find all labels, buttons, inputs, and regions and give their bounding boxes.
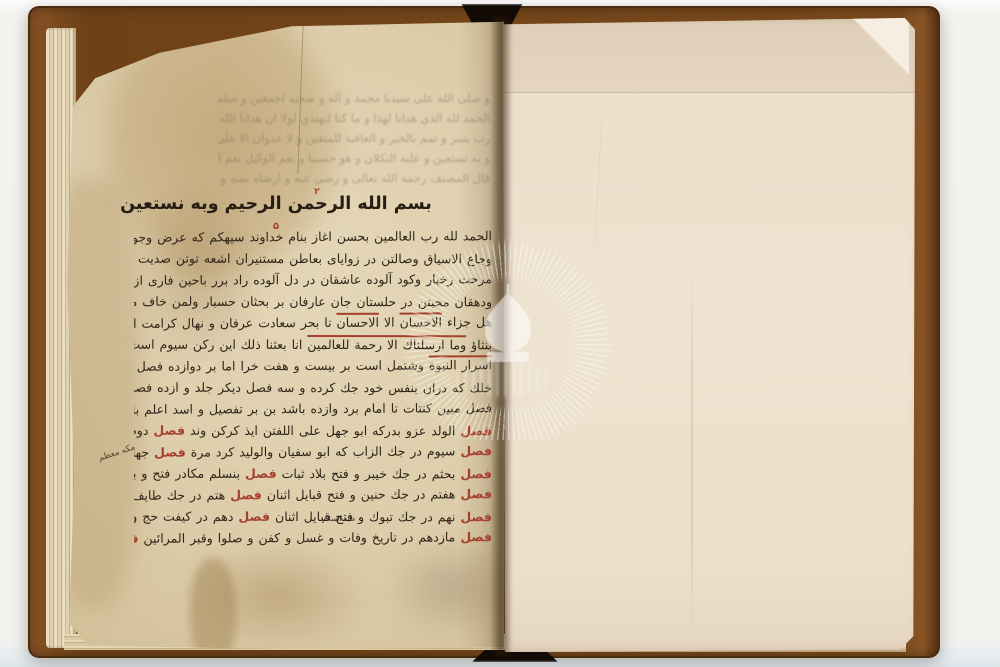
corner-fold-highlight	[837, 18, 909, 76]
text-segment: هفتم در جك حنين و فتح قبايل اثنان	[262, 486, 461, 502]
text-segment: جهارم در جك وبطه و فتح قبايل ايثات	[134, 445, 154, 461]
fasl-rubric: فصل	[460, 466, 492, 481]
text-line: هل جزاء الاحسان الا الاحسان تا بحر سعادت…	[134, 311, 492, 334]
text-segment: وشتمل است بر بيست و هفت خرا اما بر دوازد…	[134, 357, 429, 374]
text-line: خلك كه دران بنفس خود جك كرده و سه فصل دي…	[134, 376, 492, 398]
fasl-rubric: فصل	[245, 465, 277, 480]
text-line: وجاع الاسياق وصالتن در زواياى بعاطن مستن…	[134, 247, 492, 269]
text-segment: انا بعثنا ذلك اين ركن سيوم است از كتاب	[134, 336, 307, 351]
text-segment: الا	[379, 315, 400, 330]
text-segment: الولد عزو بدركه ابو جهل على اللفتن ايذ ك…	[185, 422, 460, 437]
text-line: بنثاؤ وما ارسلناك الا رحمة للعالمين انا …	[134, 333, 492, 355]
book-cover: و صلى الله على سيدنا محمد و آله و صحبه ا…	[28, 6, 940, 658]
text-line: فصل هفتم در جك حنين و فتح قبايل اثنان فص…	[134, 483, 492, 506]
text-segment: هل جزاء	[442, 314, 492, 329]
text-segment: بنثاؤ	[466, 337, 492, 352]
text-segment: الحمد لله رب العالمين بحسن اغاز بنام خدا…	[134, 228, 492, 246]
ghost-line: رب يسر و تمم بالخير و العاقبة للمتقين و …	[218, 128, 490, 148]
text-segment: اسرار النبوة	[429, 357, 492, 372]
text-segment: بنسلم مكادر فتح و بيرون اودرن و شكستن بت…	[134, 465, 245, 480]
text-segment: الاحسان	[336, 315, 379, 330]
ghost-line: قال المصنف رحمه الله تعالى و رضي عنه و ا…	[218, 168, 490, 188]
fasl-rubric: فصل	[153, 422, 185, 437]
text-segment: دهم در كيفت حج و ذكر وفات سيد المرسلين ا…	[134, 508, 238, 523]
text-segment: وما ارسلناك الا رحمة للعالمين	[307, 336, 466, 351]
text-line: فصل مبين كنتات تا امام برد وازده باشد بن…	[134, 397, 492, 420]
fasl-rubric: فصل	[460, 529, 492, 544]
bleed-through-text: و صلى الله على سيدنا محمد و آله و صحبه ا…	[218, 88, 490, 188]
text-segment: بحثم در جك خيبر و فتح بلاد ثبات	[277, 465, 461, 480]
text-segment: تا بحر سعادت عرفان و نهال كرامت ايمان كا…	[134, 315, 337, 332]
text-line: فصل سيوم در جك الزاب كه ابو سفيان والولي…	[134, 440, 492, 463]
text-line: ودهقان محبتن در حلستان جان عارفان بر بحث…	[134, 290, 492, 312]
main-text-block: الحمد لله رب العالمين بحسن اغاز بنام خدا…	[134, 226, 492, 549]
margin-note: مكه معظم	[97, 442, 136, 463]
fasl-rubric: فصل	[460, 509, 492, 524]
fasl-rubric: فصل	[154, 445, 186, 460]
text-segment: نهم در جك تبوك و فتح قبايل اثنان	[270, 508, 460, 523]
folio-number-mark: ۲	[314, 187, 320, 197]
fasl-rubric: فصل	[230, 487, 262, 502]
text-line: فصل مازدهم در تاريخ وفات و غسل و كفن و ص…	[134, 526, 492, 548]
left-page: و صلى الله على سيدنا محمد و آله و صحبه ا…	[62, 18, 504, 652]
text-line: الحمد لله رب العالمين بحسن اغاز بنام خدا…	[134, 226, 492, 248]
fasl-rubric: فصل	[460, 423, 492, 438]
photo-background: و صلى الله على سيدنا محمد و آله و صحبه ا…	[0, 0, 1000, 667]
interlinear-note: عليه السلام	[323, 515, 356, 523]
paper-crease-vertical-2	[593, 78, 604, 278]
fasl-rubric: فصل	[460, 443, 492, 458]
text-line: اسرار النبوة وشتمل است بر بيست و هفت خرا…	[134, 354, 492, 377]
gutter-shadow	[490, 16, 512, 656]
text-segment: مرحت رخبار وكود آلوده عاشقان در دل آلوده…	[134, 271, 492, 289]
text-segment: خلك كه دران بنفس خود جك كرده و سه فصل دي…	[134, 379, 492, 395]
text-segment: هتم در جك طايف و فتح قبايل ثنات	[134, 487, 230, 503]
text-line: فصل نهم در جك تبوك و فتح قبايل اثنان فصل…	[134, 505, 492, 527]
fasl-rubric: فصل	[460, 486, 492, 501]
text-segment: مازدهم در تاريخ وفات و غسل و كفن و صلوا …	[138, 529, 460, 545]
text-segment: ودهقان محبتن در حلستان جان عارفان بر بحث…	[134, 293, 492, 309]
text-line: فصل الولد عزو بدركه ابو جهل على اللفتن ا…	[134, 419, 492, 441]
water-stain-streak	[190, 558, 236, 652]
text-segment: دوم در جدك الوكاين سفيات و خالد وليد كرد…	[134, 422, 153, 437]
text-segment: الاحسان	[400, 314, 443, 329]
ghost-line: و به نستعين و عليه التكلان و هو حسبنا و …	[218, 148, 490, 168]
text-segment: وجاع الاسياق وصالتن در زواياى بعاطن مستن…	[134, 250, 492, 266]
text-segment: فصل مبين كنتات تا امام برد وازده باشد بن…	[134, 400, 492, 417]
ghost-line: الحمد لله الذي هدانا لهذا و ما كنا لنهتد…	[218, 108, 490, 128]
paper-crease-vertical	[691, 268, 693, 638]
right-page	[503, 18, 915, 652]
text-line: مرحت رخبار وكود آلوده عاشقان در دل آلوده…	[134, 268, 492, 291]
fasl-rubric: فصل	[238, 508, 270, 523]
water-stain-left-band	[62, 178, 141, 608]
text-segment: سيوم در جك الزاب كه ابو سفيان والوليد كر…	[186, 443, 461, 459]
ghost-line: و صلى الله على سيدنا محمد و آله و صحبه ا…	[218, 88, 490, 108]
basmala-text: بسم الله الرحمن الرحيم وبه نستعين	[120, 194, 432, 214]
text-line: فصل بحثم در جك خيبر و فتح بلاد ثبات فصل …	[134, 462, 492, 484]
